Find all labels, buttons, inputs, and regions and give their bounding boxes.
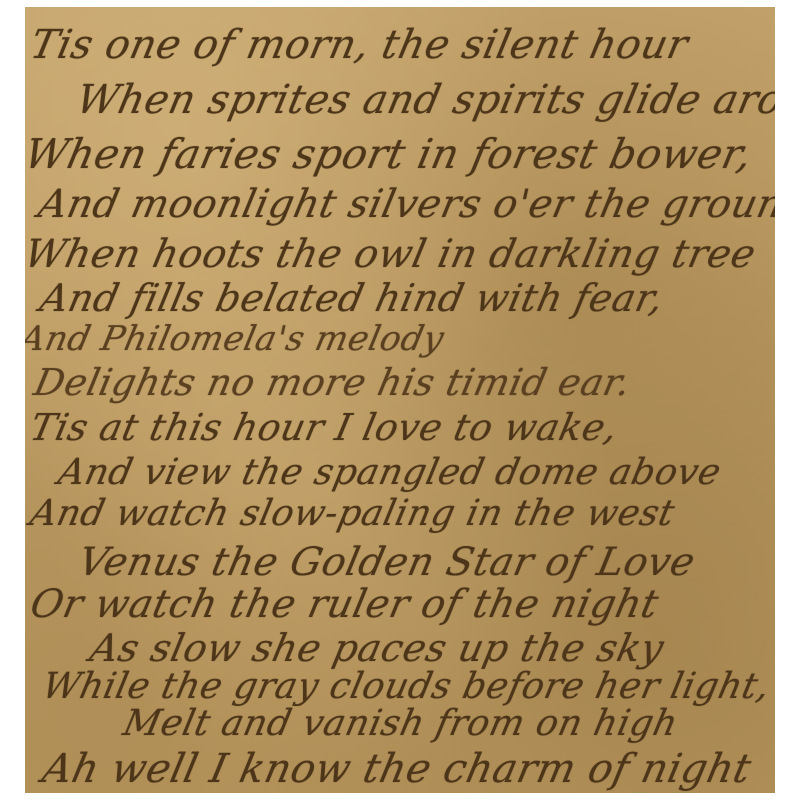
manuscript-line-8: Delights no more his timid ear. [31,364,634,401]
manuscript-line-14: As slow she paces up the sky [87,629,667,667]
manuscript-line-3: When faries sport in forest bower, [25,134,756,175]
manuscript-line-10: And view the spangled dome above [55,455,724,491]
manuscript-line-12: Venus the Golden Star of Love [75,543,699,582]
manuscript-line-17: Ah well I know the charm of night [39,749,755,789]
manuscript-line-15: While the gray clouds before her light, [39,669,773,705]
manuscript-line-4: And moonlight silvers o'er the ground [35,185,775,224]
manuscript-line-16: Melt and vanish from on high [120,706,681,742]
manuscript-line-11: And watch slow-paling in the west [27,496,678,532]
manuscript-line-5: When hoots the owl in darkling tree [25,235,759,274]
manuscript-line-6: And fills belated hind with fear, [37,279,667,317]
manuscript-line-7: And Philomela's melody [25,322,447,356]
manuscript-line-9: Tis at this hour I love to wake, [27,409,621,446]
manuscript-page: Tis one of morn, the silent hour When sp… [25,7,775,793]
manuscript-line-2: When sprites and spirits glide around [73,80,775,120]
manuscript-line-13: Or watch the ruler of the night [27,585,662,624]
manuscript-line-1: Tis one of morn, the silent hour [27,25,692,65]
